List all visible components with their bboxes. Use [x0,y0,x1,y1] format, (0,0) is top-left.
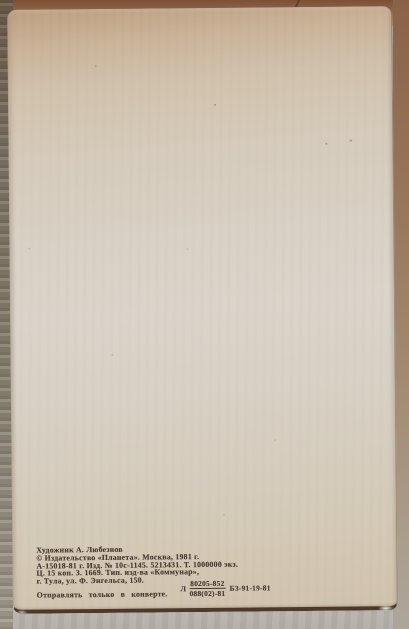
code-suffix: БЗ-91-19-81 [230,584,271,592]
paper-speckle [349,140,352,142]
imprint-block: Художник А. Любезнов © Издательство «Пла… [36,543,377,604]
envelope-and-code-row: Отправлять только в конверте. Л 80205-85… [37,583,377,604]
paper-speckle [325,143,327,145]
code-fraction: 80205-852 088(02)-81 [189,580,225,598]
photo-frame: Художник А. Любезнов © Издательство «Пла… [0,0,409,629]
paper-speckle [28,248,30,250]
paper-speckle [214,104,216,106]
paper-speckle [111,354,113,356]
paper-speckle [186,248,188,250]
postcard-back: Художник А. Любезнов © Издательство «Пла… [7,6,398,614]
paper-speckle [95,65,97,67]
code-prefix: Л [180,585,186,593]
paper-speckle [223,514,225,516]
print-code: Л 80205-852 088(02)-81 БЗ-91-19-81 [180,579,270,598]
envelope-warning-line: Отправлять только в конверте. [37,590,168,599]
code-denominator: 088(02)-81 [189,589,225,598]
paper-speckle [274,439,276,441]
